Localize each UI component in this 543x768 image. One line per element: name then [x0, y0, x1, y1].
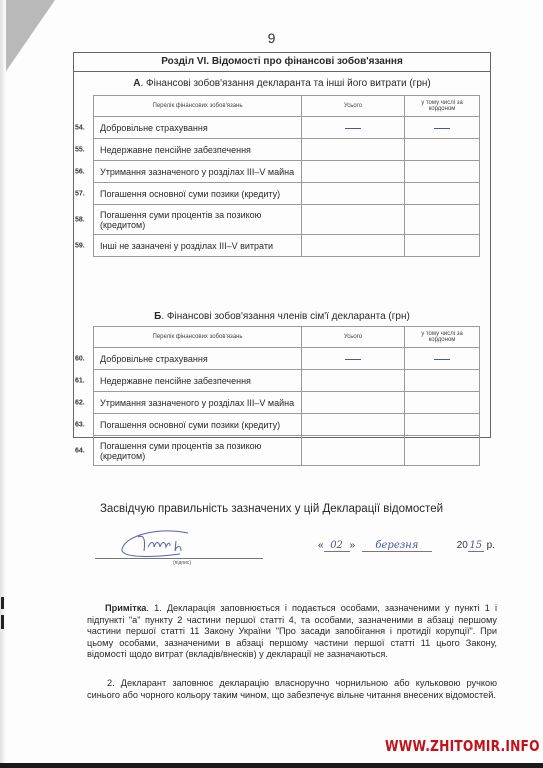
scan-mark	[1, 615, 4, 629]
scan-mark	[1, 597, 4, 609]
row-number: 57.	[75, 190, 92, 197]
header-abroad: у тому числі за кордоном	[405, 96, 480, 117]
handwritten-dash	[434, 359, 450, 360]
row-label: Добровільне страхування	[100, 354, 208, 364]
section-title: Розділ VI. Відомості про фінансові зобов…	[74, 53, 490, 72]
row-label: Погашення суми процентів за позикою (кре…	[100, 441, 261, 461]
table-row: 62.Утримання зазначеного у розділах III–…	[94, 392, 480, 414]
row-label: Утримання зазначеного у розділах III–V м…	[100, 167, 294, 177]
row-label-cell: 54.Добровільне страхування	[94, 117, 302, 139]
row-total-cell[interactable]	[302, 139, 405, 161]
table-b: Перелік фінансових зобов'язань Усього у …	[93, 326, 480, 466]
row-label-cell: 62.Утримання зазначеного у розділах III–…	[94, 392, 302, 414]
table-a: Перелік фінансових зобов'язань Усього у …	[93, 95, 480, 257]
row-number: 59.	[75, 242, 92, 249]
row-label-cell: 61.Недержавне пенсійне забезпечення	[94, 370, 302, 392]
row-label: Погашення основної суми позики (кредиту)	[100, 420, 280, 430]
header-total: Усього	[302, 96, 405, 117]
date-year-prefix: 20	[457, 540, 468, 551]
row-abroad-cell[interactable]	[405, 117, 480, 139]
row-total-cell[interactable]	[302, 205, 405, 235]
note-1: Примітка. 1. Декларація заповнюється і п…	[87, 603, 497, 661]
signature-caption: (підпис)	[173, 560, 191, 566]
table-row: 64.Погашення суми процентів за позикою (…	[94, 436, 480, 466]
row-abroad-cell[interactable]	[405, 139, 480, 161]
date-year-unit: р.	[487, 540, 495, 551]
date-month: березня	[362, 540, 432, 552]
row-label-cell: 55.Недержавне пенсійне забезпечення	[94, 139, 302, 161]
row-total-cell[interactable]	[302, 117, 405, 139]
row-total-cell[interactable]	[302, 183, 405, 205]
row-label-cell: 59.Інші не зазначені у розділах III–V ви…	[94, 235, 302, 257]
row-abroad-cell[interactable]	[405, 436, 480, 466]
row-label-cell: 58.Погашення суми процентів за позикою (…	[94, 205, 302, 235]
header-list: Перелік фінансових зобов'язань	[94, 96, 302, 117]
row-label-cell: 56.Утримання зазначеного у розділах III–…	[94, 161, 302, 183]
header-list: Перелік фінансових зобов'язань	[94, 327, 302, 348]
row-number: 56.	[75, 168, 92, 175]
row-abroad-cell[interactable]	[405, 183, 480, 205]
row-abroad-cell[interactable]	[405, 370, 480, 392]
row-label: Добровільне страхування	[100, 123, 208, 133]
row-number: 54.	[75, 124, 92, 131]
row-number: 63.	[75, 421, 92, 428]
table-row: 61.Недержавне пенсійне забезпечення	[94, 370, 480, 392]
row-label: Утримання зазначеного у розділах III–V м…	[100, 398, 294, 408]
row-number: 64.	[75, 447, 92, 454]
signature-line	[95, 558, 263, 559]
row-label: Погашення основної суми позики (кредиту)	[100, 189, 280, 199]
row-total-cell[interactable]	[302, 235, 405, 257]
row-abroad-cell[interactable]	[405, 235, 480, 257]
row-label-cell: 64.Погашення суми процентів за позикою (…	[94, 436, 302, 466]
row-abroad-cell[interactable]	[405, 348, 480, 370]
row-abroad-cell[interactable]	[405, 161, 480, 183]
date-year-suffix: 15	[468, 540, 484, 552]
row-label: Недержавне пенсійне забезпечення	[100, 145, 251, 155]
table-row: 59.Інші не зазначені у розділах III–V ви…	[94, 235, 480, 257]
row-label: Погашення суми процентів за позикою (кре…	[100, 210, 261, 230]
note-2: 2. Декларант заповнює декларацію власнор…	[87, 678, 497, 701]
row-label-cell: 63.Погашення основної суми позики (креди…	[94, 414, 302, 436]
row-total-cell[interactable]	[302, 436, 405, 466]
row-total-cell[interactable]	[302, 161, 405, 183]
table-row: 58.Погашення суми процентів за позикою (…	[94, 205, 480, 235]
section-frame: Розділ VI. Відомості про фінансові зобов…	[73, 52, 491, 438]
table-a-title: А. Фінансові зобов'язання декларанта та …	[74, 78, 490, 89]
site-watermark: WWW.ZHITOMIR.INFO	[385, 737, 540, 755]
date-day: 02	[324, 540, 350, 552]
row-total-cell[interactable]	[302, 370, 405, 392]
row-number: 58.	[75, 216, 92, 223]
scan-bottom-edge	[0, 763, 543, 768]
handwritten-dash	[345, 359, 361, 360]
row-number: 55.	[75, 146, 92, 153]
header-abroad: у тому числі за кордоном	[405, 327, 480, 348]
row-number: 60.	[75, 355, 92, 362]
certification-text: Засвідчую правильність зазначених у цій …	[0, 503, 543, 515]
row-abroad-cell[interactable]	[405, 392, 480, 414]
row-label-cell: 57.Погашення основної суми позики (креди…	[94, 183, 302, 205]
handwritten-dash	[345, 128, 361, 129]
table-row: 63.Погашення основної суми позики (креди…	[94, 414, 480, 436]
table-row: 60.Добровільне страхування	[94, 348, 480, 370]
table-b-title: Б. Фінансові зобов'язання членів сім'ї д…	[74, 311, 490, 322]
signature-scribble	[118, 527, 218, 562]
row-total-cell[interactable]	[302, 414, 405, 436]
page-number: 9	[0, 30, 543, 46]
table-row: 54.Добровільне страхування	[94, 117, 480, 139]
row-abroad-cell[interactable]	[405, 414, 480, 436]
date-field: «02» березня 2015 р.	[318, 540, 495, 552]
row-number: 61.	[75, 377, 92, 384]
header-total: Усього	[302, 327, 405, 348]
table-row: 55.Недержавне пенсійне забезпечення	[94, 139, 480, 161]
row-abroad-cell[interactable]	[405, 205, 480, 235]
table-row: 57.Погашення основної суми позики (креди…	[94, 183, 480, 205]
row-total-cell[interactable]	[302, 348, 405, 370]
row-number: 62.	[75, 399, 92, 406]
handwritten-dash	[434, 128, 450, 129]
row-total-cell[interactable]	[302, 392, 405, 414]
row-label-cell: 60.Добровільне страхування	[94, 348, 302, 370]
table-row: 56.Утримання зазначеного у розділах III–…	[94, 161, 480, 183]
row-label: Інші не зазначені у розділах III–V витра…	[100, 241, 273, 251]
scan-shadow-edge	[0, 0, 6, 768]
row-label: Недержавне пенсійне забезпечення	[100, 376, 251, 386]
